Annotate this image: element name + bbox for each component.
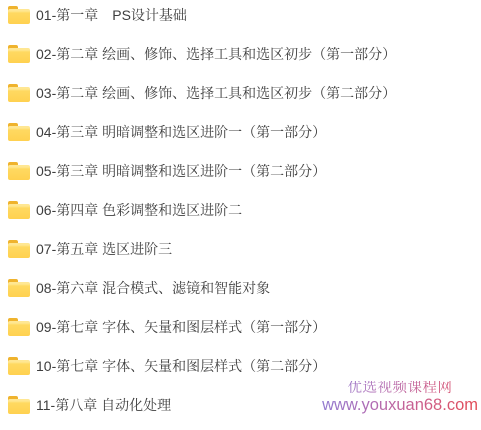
folder-list: 01-第一章 PS设计基础 02-第二章 绘画、修饰、选择工具和选区初步（第一部…: [0, 0, 481, 425]
folder-row[interactable]: 09-第七章 字体、矢量和图层样式（第一部分）: [0, 308, 481, 347]
folder-row[interactable]: 02-第二章 绘画、修饰、选择工具和选区初步（第一部分）: [0, 34, 481, 73]
folder-icon: [8, 240, 30, 258]
folder-row[interactable]: 05-第三章 明暗调整和选区进阶一（第二部分）: [0, 151, 481, 190]
watermark: 优选视频课程网 www.youxuan68.com: [322, 381, 478, 415]
folder-icon: [8, 6, 30, 24]
watermark-site-url: www.youxuan68.com: [322, 397, 478, 415]
folder-row[interactable]: 04-第三章 明暗调整和选区进阶一（第一部分）: [0, 112, 481, 151]
folder-label: 01-第一章 PS设计基础: [36, 5, 187, 25]
folder-label: 07-第五章 选区进阶三: [36, 239, 172, 259]
folder-row[interactable]: 06-第四章 色彩调整和选区进阶二: [0, 190, 481, 229]
folder-label: 06-第四章 色彩调整和选区进阶二: [36, 200, 242, 220]
folder-icon: [8, 201, 30, 219]
folder-label: 04-第三章 明暗调整和选区进阶一（第一部分）: [36, 122, 326, 142]
folder-row[interactable]: 01-第一章 PS设计基础: [0, 0, 481, 34]
folder-label: 11-第八章 自动化处理: [36, 395, 171, 415]
watermark-site-name: 优选视频课程网: [322, 381, 478, 397]
folder-row[interactable]: 08-第六章 混合模式、滤镜和智能对象: [0, 269, 481, 308]
folder-icon: [8, 279, 30, 297]
folder-icon: [8, 45, 30, 63]
folder-label: 03-第二章 绘画、修饰、选择工具和选区初步（第二部分）: [36, 83, 396, 103]
folder-icon: [8, 162, 30, 180]
folder-label: 09-第七章 字体、矢量和图层样式（第一部分）: [36, 317, 326, 337]
folder-label: 02-第二章 绘画、修饰、选择工具和选区初步（第一部分）: [36, 44, 396, 64]
file-list-window: 01-第一章 PS设计基础 02-第二章 绘画、修饰、选择工具和选区初步（第一部…: [0, 0, 481, 430]
folder-row[interactable]: 07-第五章 选区进阶三: [0, 230, 481, 269]
folder-icon: [8, 357, 30, 375]
folder-label: 08-第六章 混合模式、滤镜和智能对象: [36, 278, 270, 298]
folder-icon: [8, 84, 30, 102]
folder-label: 05-第三章 明暗调整和选区进阶一（第二部分）: [36, 161, 326, 181]
folder-icon: [8, 396, 30, 414]
folder-icon: [8, 123, 30, 141]
folder-row[interactable]: 03-第二章 绘画、修饰、选择工具和选区初步（第二部分）: [0, 73, 481, 112]
folder-icon: [8, 318, 30, 336]
folder-label: 10-第七章 字体、矢量和图层样式（第二部分）: [36, 356, 326, 376]
